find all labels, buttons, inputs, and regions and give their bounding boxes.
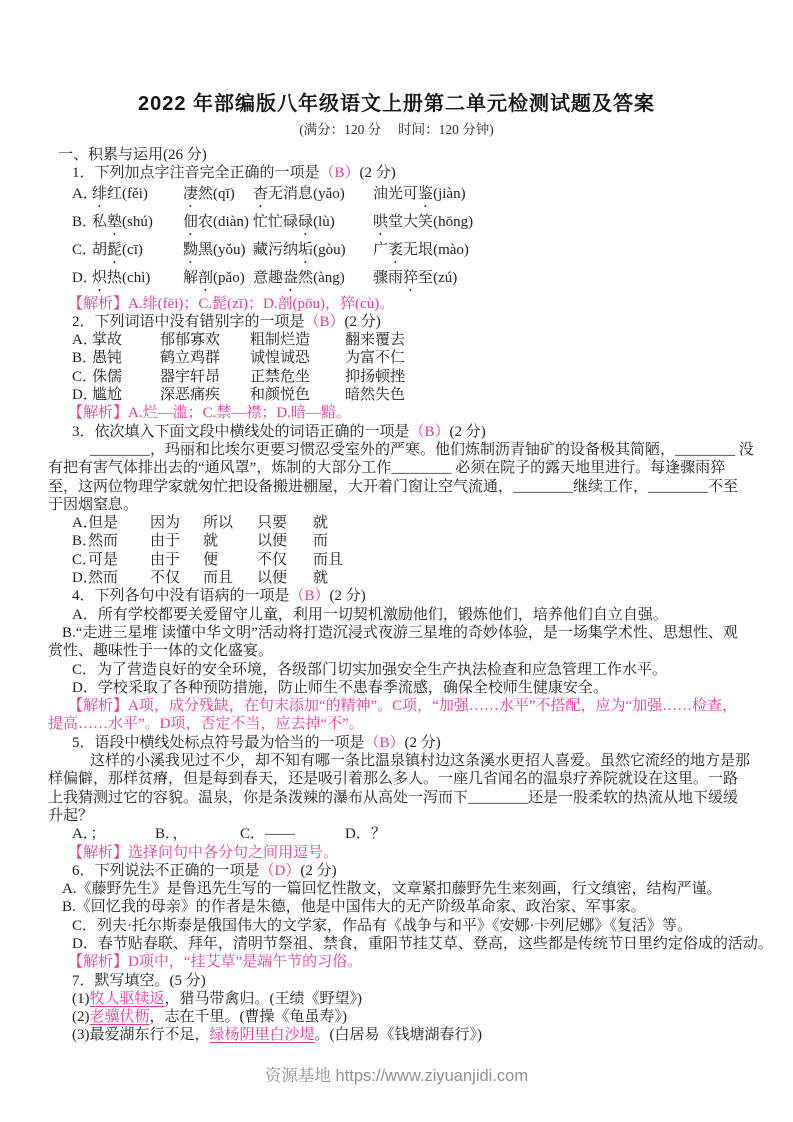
q6-score: (2 分) [300, 863, 336, 879]
footer-watermark: 资源基地 https://www.ziyuanjidi.com [0, 1062, 793, 1086]
q3-stem: 3．依次填入下面文段中横线处的词语正确的一项是（B）(2 分) [48, 423, 753, 441]
q1-option-cell: 佃农(diàn) [183, 211, 253, 239]
q1-option-cell: 炽热(chì) [92, 267, 183, 295]
q3-option-cell: 以便 [257, 569, 313, 587]
exam-document: 2022 年部编版八年级语文上册第二单元检测试题及答案 (满分：120 分 时间… [0, 0, 793, 1122]
q1-score: (2 分) [360, 165, 396, 181]
q1-option-label: A． [72, 183, 92, 211]
q3-option-cell: 不仅 [257, 551, 313, 569]
q3-option-cell: 就 [313, 514, 753, 532]
q2-option-label: C． [72, 368, 92, 386]
q2-option-cell: 侏儒 [92, 368, 160, 386]
q5-score: (2 分) [405, 735, 441, 751]
q3-option-cell: 但是 [88, 514, 150, 532]
q3-option-row-d: D．然而不仅而且以便就 [48, 569, 753, 587]
q3-option-cell: 而且 [313, 551, 753, 569]
q4-option-b: B.“走进三星堆 读懂中华文明”活动将打造沉浸式夜游三星堆的奇妙体验，是一场集学… [48, 624, 753, 642]
q2-option-cell: 郁郁寡欢 [160, 331, 250, 349]
q2-option-label: A． [72, 331, 92, 349]
page-title: 2022 年部编版八年级语文上册第二单元检测试题及答案 [0, 0, 793, 116]
q3-option-cell: 以便 [257, 532, 313, 550]
q5-option-row: A．；B．，C．——D．？ [48, 825, 753, 843]
q4-analysis-cont: 提高……水平”。D项，否定不当，应去掉“不”。 [48, 715, 753, 733]
q2-option-cell: 诚惶诚恐 [250, 349, 345, 367]
q1-option-cell: 杳无消息(yǎo) [253, 183, 373, 211]
q5-answer: （B） [365, 735, 405, 751]
q4-answer: （B） [290, 588, 330, 604]
q7-item-2: (2)老骥伏枥，志在千里。(曹操《龟虽寿》) [48, 1008, 753, 1026]
q7-item-post: ，志在千里。(曹操《龟虽寿》) [150, 1009, 348, 1025]
q4-stem: 4．下列各句中没有语病的一项是（B）(2 分) [48, 587, 753, 605]
q4-option-b-cont: 赏性、趣味性于一体的文化盛宴。 [48, 642, 753, 660]
q3-option-cell: 由于 [150, 551, 203, 569]
q1-option-cell: 油光可鉴(jiàn) [373, 183, 753, 211]
q2-option-cell: 鹤立鸡群 [160, 349, 250, 367]
q1-option-label: D． [72, 267, 92, 295]
q3-score: (2 分) [450, 424, 486, 440]
q3-option-cell: 所以 [203, 514, 257, 532]
q5-option-d: D．？ [345, 825, 386, 843]
q4-analysis: 【解析】A项，成分残缺，在句末添加“的精神”。C项，“加强……水平”不搭配，应为… [48, 697, 753, 715]
q3-passage-line: ________，玛丽和比埃尔更要习惯忍受室外的严寒。他们炼制沥青铀矿的设备极其… [48, 441, 753, 459]
q3-option-cell: 就 [313, 569, 753, 587]
q2-answer: （B） [305, 314, 345, 330]
q2-option-cell: 和颜悦色 [250, 386, 345, 404]
q1-stem-text: 1．下列加点字注音完全正确的一项是 [72, 165, 320, 181]
q3-option-cell: 而 [313, 532, 753, 550]
q2-option-row-c: C．侏儒器宇轩昂正禁危坐抑扬顿挫 [48, 368, 753, 386]
q3-answer: （B） [410, 424, 450, 440]
q1-option-cell: 广袤无垠(mào) [373, 239, 753, 267]
q2-option-label: D． [72, 386, 92, 404]
q3-option-cell: 然而 [88, 569, 150, 587]
q2-option-row-d: D．尴尬深恶痛疾和颜悦色暗然失色 [48, 386, 753, 404]
q1-option-label: C． [72, 239, 92, 267]
q5-analysis: 【解析】选择问句中各分句之间用逗号。 [48, 844, 753, 862]
q2-option-cell: 粗制烂造 [250, 331, 345, 349]
q2-option-cell: 愚钝 [92, 349, 160, 367]
q3-option-cell: 由于 [150, 532, 203, 550]
q1-option-cell: 黝黑(yǒu) [183, 239, 253, 267]
q6-option-b: B.《回忆我的母亲》的作者是朱德，他是中国伟大的无产阶级革命家、政治家、军事家。 [48, 898, 753, 916]
q1-answer: （B） [320, 165, 360, 181]
q1-option-row-a: A．绯红(fěi)凄然(qī)杳无消息(yǎo)油光可鉴(jiàn) [48, 183, 753, 211]
q1-option-label: B． [72, 211, 92, 239]
q4-option-c: C．为了营造良好的安全环境，各级部门切实加强安全生产执法检查和应急管理工作水平。 [48, 661, 753, 679]
q2-stem-text: 2．下列词语中没有错别字的一项是 [72, 314, 305, 330]
q2-score: (2 分) [345, 314, 381, 330]
q1-analysis: 【解析】A.绯(fēi)；C.髭(zī)；D.剖(pōu)，猝(cù)。 [48, 295, 753, 313]
exam-body: 一、积累与运用(26 分) 1．下列加点字注音完全正确的一项是（B）(2 分) … [48, 146, 753, 1045]
q5-passage-line: 上我猜测过它的容貌。温泉，你是条泼辣的瀑布从高处一泻而下________还是一股… [48, 789, 753, 807]
q7-item-pre: (3)最爱湖东行不足， [72, 1027, 210, 1043]
q7-stem: 7．默写填空。(5 分) [48, 972, 753, 990]
q3-option-row-b: B．然而由于就以便而 [48, 532, 753, 550]
q1-option-cell: 解剖(pǎo) [183, 267, 253, 295]
q5-option-a: A．； [72, 825, 155, 843]
q3-option-cell: 不仅 [150, 569, 203, 587]
q3-passage-line: 有把有害气体排出去的“通风罩”，炼制的大部分工作________ 必须在院子的露… [48, 459, 753, 477]
q1-option-row-d: D．炽热(chì)解剖(pǎo)意趣盎然(àng)骤雨猝至(zú) [48, 267, 753, 295]
q1-option-row-b: B．私塾(shú)佃农(diàn)忙忙碌碌(lù)哄堂大笑(hōng) [48, 211, 753, 239]
q7-item-pre: (2) [72, 1009, 90, 1025]
q5-passage-line: 这样的小溪我见过不少，却不知有哪一条比温泉镇村边这条溪水更招人喜爱。虽然它流经的… [48, 752, 753, 770]
q3-passage-line: 至，这两位物理学家就匆忙把设备搬进棚屋，大开着门窗让空气流通，________继… [48, 478, 753, 496]
q1-option-cell: 私塾(shú) [92, 211, 183, 239]
q3-option-label: B． [72, 532, 88, 550]
q2-stem: 2．下列词语中没有错别字的一项是（B）(2 分) [48, 313, 753, 331]
q2-option-cell: 翻来覆去 [345, 331, 753, 349]
q6-option-c: C．列夫·托尔斯泰是俄国伟大的文学家，作品有《战争与和平》《安娜·卡列尼娜》《复… [48, 917, 753, 935]
q7-item-answer: 绿杨阴里白沙堤 [210, 1027, 315, 1043]
q1-option-cell: 绯红(fěi) [92, 183, 183, 211]
q4-score: (2 分) [330, 588, 366, 604]
q1-option-cell: 骤雨猝至(zú) [373, 267, 753, 295]
q7-item-pre: (1) [72, 991, 90, 1007]
q2-option-label: B． [72, 349, 92, 367]
q3-option-cell: 就 [203, 532, 257, 550]
q6-option-a: A.《藤野先生》是鲁迅先生写的一篇回忆性散文，文章紧扣藤野先生来刻画，行文缜密，… [48, 880, 753, 898]
q6-stem-text: 6．下列说法不正确的一项是 [72, 863, 260, 879]
q5-passage-line: 样偏僻，那样贫瘠，但是每到春天，还是吸引着那么多人。一座几省闻名的温泉疗养院就设… [48, 770, 753, 788]
q1-option-cell: 哄堂大笑(hōng) [373, 211, 753, 239]
q5-stem: 5．语段中横线处标点符号最为恰当的一项是（B）(2 分) [48, 734, 753, 752]
section-heading: 一、积累与运用(26 分) [48, 146, 753, 164]
q2-option-cell: 暗然失色 [345, 386, 753, 404]
q7-item-1: (1)牧人驱犊返，猎马带禽归。(王绩《野望》) [48, 990, 753, 1008]
q3-option-cell: 因为 [150, 514, 203, 532]
q3-option-label: D． [72, 569, 88, 587]
q5-passage-line: 升起？ [48, 807, 753, 825]
q3-option-row-a: A．但是因为所以只要就 [48, 514, 753, 532]
q2-option-cell: 正禁危坐 [250, 368, 345, 386]
q7-item-post: 。(白居易《钱塘湖春行》) [315, 1027, 483, 1043]
q3-option-label: A． [72, 514, 88, 532]
q3-option-label: C． [72, 551, 88, 569]
q4-stem-text: 4．下列各句中没有语病的一项是 [72, 588, 290, 604]
q5-stem-text: 5．语段中横线处标点符号最为恰当的一项是 [72, 735, 365, 751]
q2-option-cell: 掌故 [92, 331, 160, 349]
q3-stem-text: 3．依次填入下面文段中横线处的词语正确的一项是 [72, 424, 410, 440]
q4-option-a: A．所有学校都要关爱留守儿童，利用一切契机激励他们，锻炼他们，培养他们自立自强。 [48, 606, 753, 624]
q7-item-answer: 老骥伏枥 [90, 1009, 150, 1025]
q1-option-cell: 忙忙碌碌(lù) [253, 211, 373, 239]
q3-option-cell: 只要 [257, 514, 313, 532]
q1-stem: 1．下列加点字注音完全正确的一项是（B）(2 分) [48, 164, 753, 182]
q6-analysis: 【解析】D项中，“挂艾草”是端午节的习俗。 [48, 953, 753, 971]
q2-analysis: 【解析】A.烂—滥；C.禁—襟；D.暗—黯。 [48, 404, 753, 422]
q7-item-answer: 牧人驱犊返 [90, 991, 165, 1007]
q3-option-cell: 可是 [88, 551, 150, 569]
q1-option-row-c: C．胡髭(cī)黝黑(yǒu)藏污纳垢(gòu)广袤无垠(mào) [48, 239, 753, 267]
q6-answer: （D） [260, 863, 301, 879]
q1-option-cell: 藏污纳垢(gòu) [253, 239, 373, 267]
q2-option-cell: 深恶痛疾 [160, 386, 250, 404]
q1-option-cell: 胡髭(cī) [92, 239, 183, 267]
q3-passage-line: 于因烟窒息。 [48, 496, 753, 514]
q2-option-cell: 尴尬 [92, 386, 160, 404]
q3-option-cell: 而且 [203, 569, 257, 587]
q4-option-d: D．学校采取了各种预防措施，防止师生不患春季流感，确保全校师生健康安全。 [48, 679, 753, 697]
q1-option-cell: 凄然(qī) [183, 183, 253, 211]
q2-option-row-a: A．掌故郁郁寡欢粗制烂造翻来覆去 [48, 331, 753, 349]
q2-option-cell: 器宇轩昂 [160, 368, 250, 386]
q2-option-cell: 为富不仁 [345, 349, 753, 367]
q5-option-c: C．—— [240, 825, 345, 843]
exam-meta: (满分：120 分 时间：120 分钟) [0, 121, 793, 139]
q3-option-cell: 然而 [88, 532, 150, 550]
q6-option-d: D．春节贴春联、拜年，清明节祭祖、禁食，重阳节挂艾草、登高，这些都是传统节日里约… [48, 935, 753, 953]
q7-item-3: (3)最爱湖东行不足，绿杨阴里白沙堤。(白居易《钱塘湖春行》) [48, 1026, 753, 1044]
q7-item-post: ，猎马带禽归。(王绩《野望》) [165, 991, 363, 1007]
q6-stem: 6．下列说法不正确的一项是（D）(2 分) [48, 862, 753, 880]
q3-option-cell: 便 [203, 551, 257, 569]
q2-option-row-b: B．愚钝鹤立鸡群诚惶诚恐为富不仁 [48, 349, 753, 367]
q3-option-row-c: C．可是由于便不仅而且 [48, 551, 753, 569]
q2-option-cell: 抑扬顿挫 [345, 368, 753, 386]
q1-option-cell: 意趣盎然(àng) [253, 267, 373, 295]
q5-option-b: B．， [155, 825, 240, 843]
